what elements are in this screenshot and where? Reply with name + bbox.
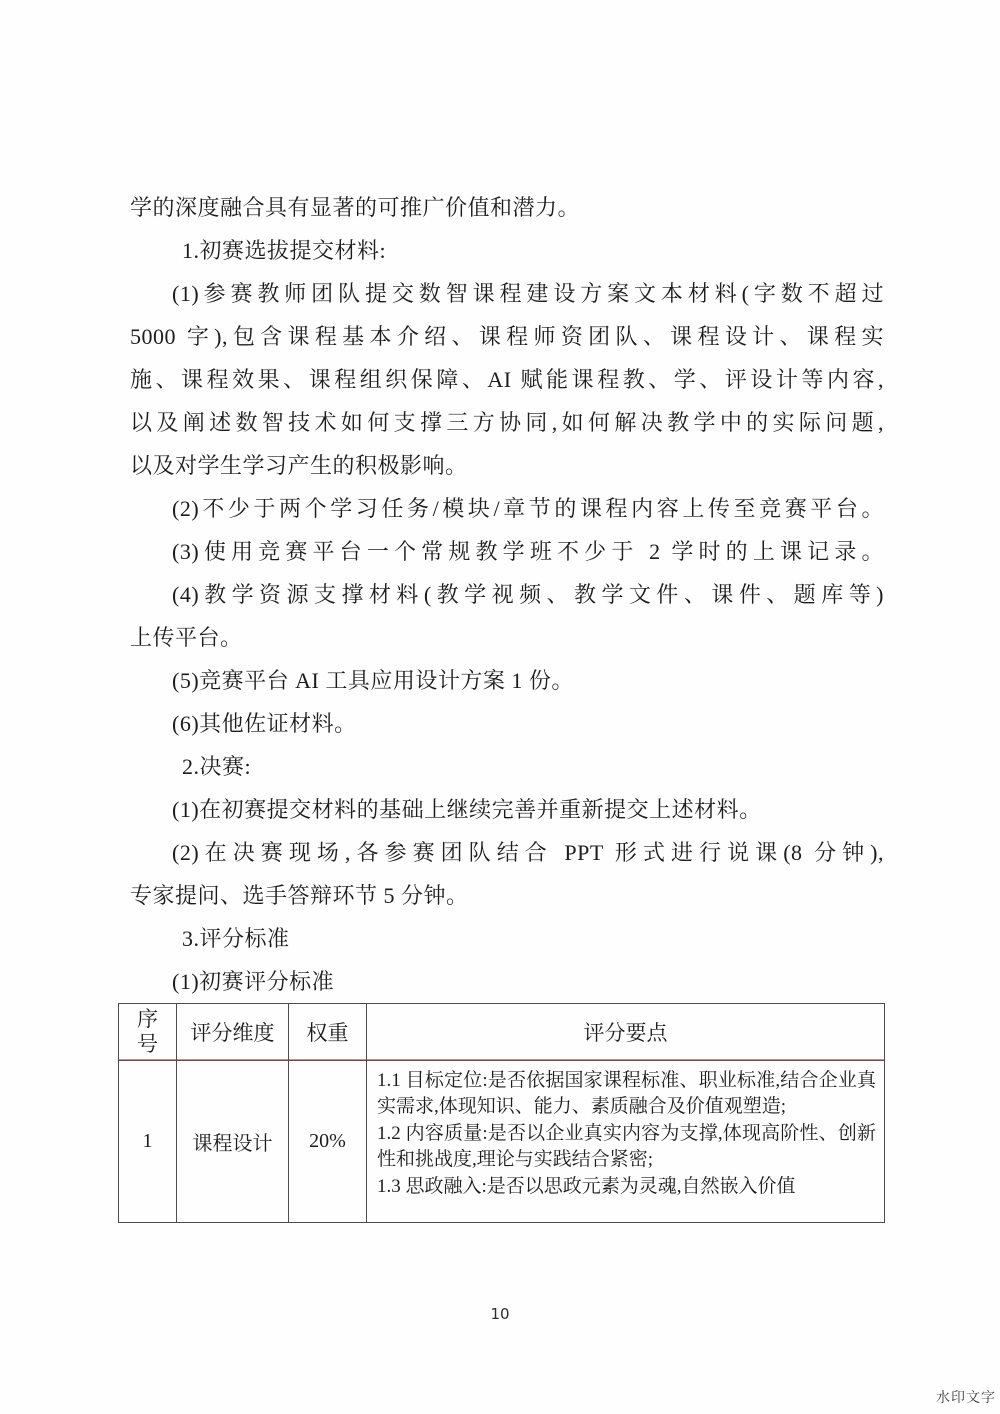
document-page: 学的深度融合具有显著的可推广价值和潜力。 1.初赛选拔提交材料: (1)参赛教师… (0, 0, 1000, 1414)
text-line: 以及阐述数智技术如何支撑三方协同,如何解决教学中的实际问题, (130, 401, 884, 444)
text-line: (1)参赛教师团队提交数智课程建设方案文本材料(字数不超过 (130, 272, 884, 315)
watermark-text: 水印文字 (936, 1387, 996, 1407)
text-line: 上传平台。 (130, 616, 884, 659)
text-line: (2)在决赛现场,各参赛团队结合 PPT 形式进行说课(8 分钟), (130, 831, 884, 874)
header-scoring-dimension: 评分维度 (177, 1004, 289, 1061)
section-heading: 2.决赛: (130, 745, 884, 788)
text-line: (1)在初赛提交材料的基础上继续完善并重新提交上述材料。 (130, 788, 884, 831)
text-line: (2)不少于两个学习任务/模块/章节的课程内容上传至竞赛平台。 (130, 487, 884, 530)
scoring-criteria-table: 序号 评分维度 权重 评分要点 1 课程设计 20% 1.1 目标定位:是否依据… (118, 1003, 885, 1223)
text-line: (5)竞赛平台 AI 工具应用设计方案 1 份。 (130, 659, 884, 702)
header-scoring-points: 评分要点 (367, 1004, 885, 1061)
text-line: (6)其他佐证材料。 (130, 702, 884, 745)
section-heading: 3.评分标准 (130, 917, 884, 960)
text-line: (3)使用竞赛平台一个常规教学班不少于 2 学时的上课记录。 (130, 530, 884, 573)
table-row: 1 课程设计 20% 1.1 目标定位:是否依据国家课程标准、职业标准,结合企业… (119, 1061, 885, 1223)
header-serial-number: 序号 (119, 1004, 177, 1061)
cell-serial-number: 1 (119, 1061, 177, 1223)
section-heading: 1.初赛选拔提交材料: (130, 229, 884, 272)
table-header-row: 序号 评分维度 权重 评分要点 (119, 1004, 885, 1061)
document-body: 学的深度融合具有显著的可推广价值和潜力。 1.初赛选拔提交材料: (1)参赛教师… (130, 186, 884, 1003)
cell-scoring-dimension: 课程设计 (177, 1061, 289, 1223)
section-heading: (1)初赛评分标准 (130, 960, 884, 1003)
text-line: 5000 字),包含课程基本介绍、课程师资团队、课程设计、课程实 (130, 315, 884, 358)
text-line: 以及对学生学习产生的积极影响。 (130, 444, 884, 487)
scoring-points-text: 1.1 目标定位:是否依据国家课程标准、职业标准,结合企业真实需求,体现知识、能… (367, 1063, 884, 1221)
cell-weight: 20% (289, 1061, 367, 1223)
header-weight: 权重 (289, 1004, 367, 1061)
text-line: 学的深度融合具有显著的可推广价值和潜力。 (130, 186, 884, 229)
text-line: (4)教学资源支撑材料(教学视频、教学文件、课件、题库等) (130, 573, 884, 616)
page-number: 10 (0, 1305, 1000, 1323)
text-line: 专家提问、选手答辩环节 5 分钟。 (130, 874, 884, 917)
cell-scoring-points: 1.1 目标定位:是否依据国家课程标准、职业标准,结合企业真实需求,体现知识、能… (367, 1061, 885, 1223)
text-line: 施、课程效果、课程组织保障、AI 赋能课程教、学、评设计等内容, (130, 358, 884, 401)
